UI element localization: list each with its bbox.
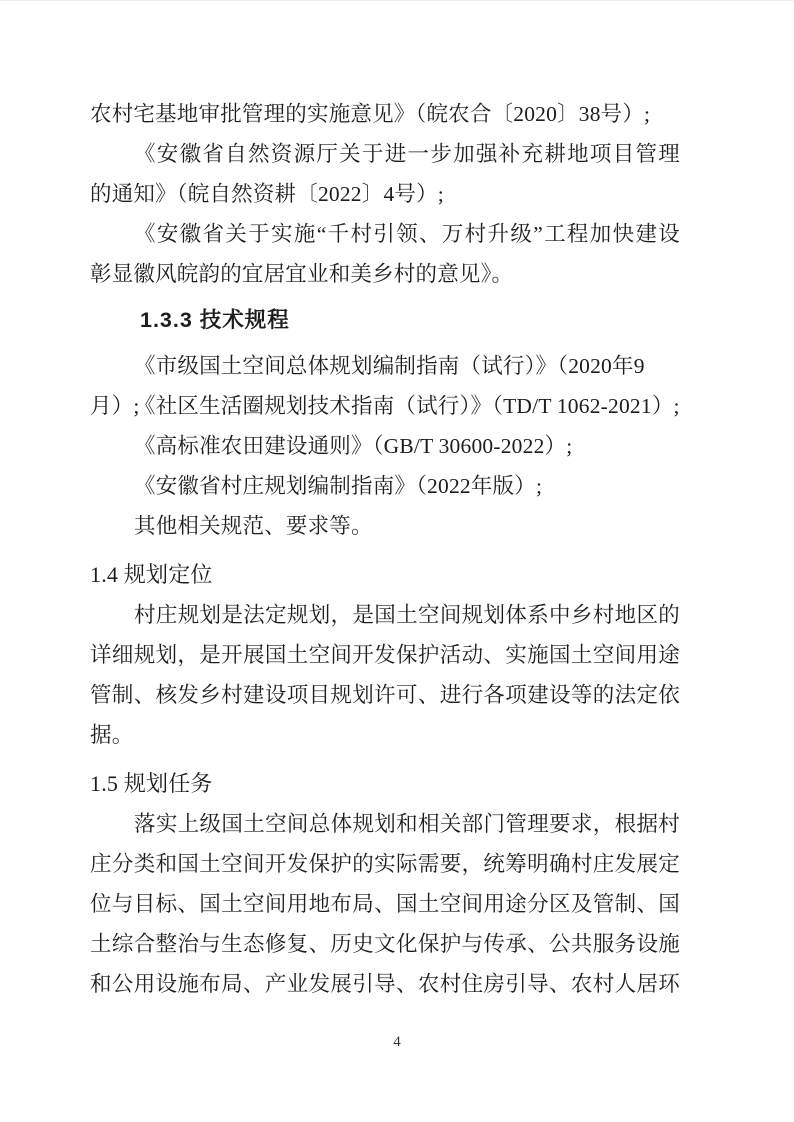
text-line: 和公用设施布局、产业发展引导、农村住房引导、农村人居环: [90, 964, 680, 1004]
text-line: 《安徽省村庄规划编制指南》（2022年版）;: [90, 466, 680, 506]
document-page: 农村宅基地审批管理的实施意见》（皖农合〔2020〕38号）; 《安徽省自然资源厅…: [0, 0, 794, 1122]
text-line: 《高标准农田建设通则》（GB/T 30600-2022）;: [90, 426, 680, 466]
text-line: 详细规划，是开展国土空间开发保护活动、实施国土空间用途: [90, 635, 680, 675]
text-line: 《社区生活圈规划技术指南（试行）》（TD/T 1062-2021）;: [90, 386, 680, 426]
heading-1-5: 1.5 规划任务: [90, 764, 680, 804]
text-line: 其他相关规范、要求等。: [90, 506, 680, 546]
text-line: 村庄规划是法定规划，是国土空间规划体系中乡村地区的: [90, 595, 680, 635]
text-line: 农村宅基地审批管理的实施意见》（皖农合〔2020〕38号）;: [90, 94, 680, 134]
text-line: 《市级国土空间总体规划编制指南（试行）》（2020年9月）;: [90, 346, 680, 386]
text-line: 据。: [90, 715, 680, 755]
text-line: 管制、核发乡村建设项目规划许可、进行各项建设等的法定依: [90, 675, 680, 715]
heading-1-4: 1.4 规划定位: [90, 555, 680, 595]
text-line: 位与目标、国土空间用地布局、国土空间用途分区及管制、国: [90, 884, 680, 924]
text-line: 庄分类和国土空间开发保护的实际需要，统筹明确村庄发展定: [90, 844, 680, 884]
heading-1-3-3: 1.3.3 技术规程: [90, 300, 680, 340]
text-line: 落实上级国土空间总体规划和相关部门管理要求，根据村: [90, 804, 680, 844]
text-line: 彰显徽风皖韵的宜居宜业和美乡村的意见》。: [90, 254, 680, 294]
text-line: 《安徽省自然资源厅关于进一步加强补充耕地项目管理: [90, 134, 680, 174]
text-line: 的通知》（皖自然资耕〔2022〕4号）;: [90, 174, 680, 214]
text-line: 土综合整治与生态修复、历史文化保护与传承、公共服务设施: [90, 924, 680, 964]
page-number: 4: [0, 1031, 794, 1053]
page-body: 农村宅基地审批管理的实施意见》（皖农合〔2020〕38号）; 《安徽省自然资源厅…: [90, 94, 680, 1004]
text-line: 《安徽省关于实施“千村引领、万村升级”工程加快建设: [90, 214, 680, 254]
